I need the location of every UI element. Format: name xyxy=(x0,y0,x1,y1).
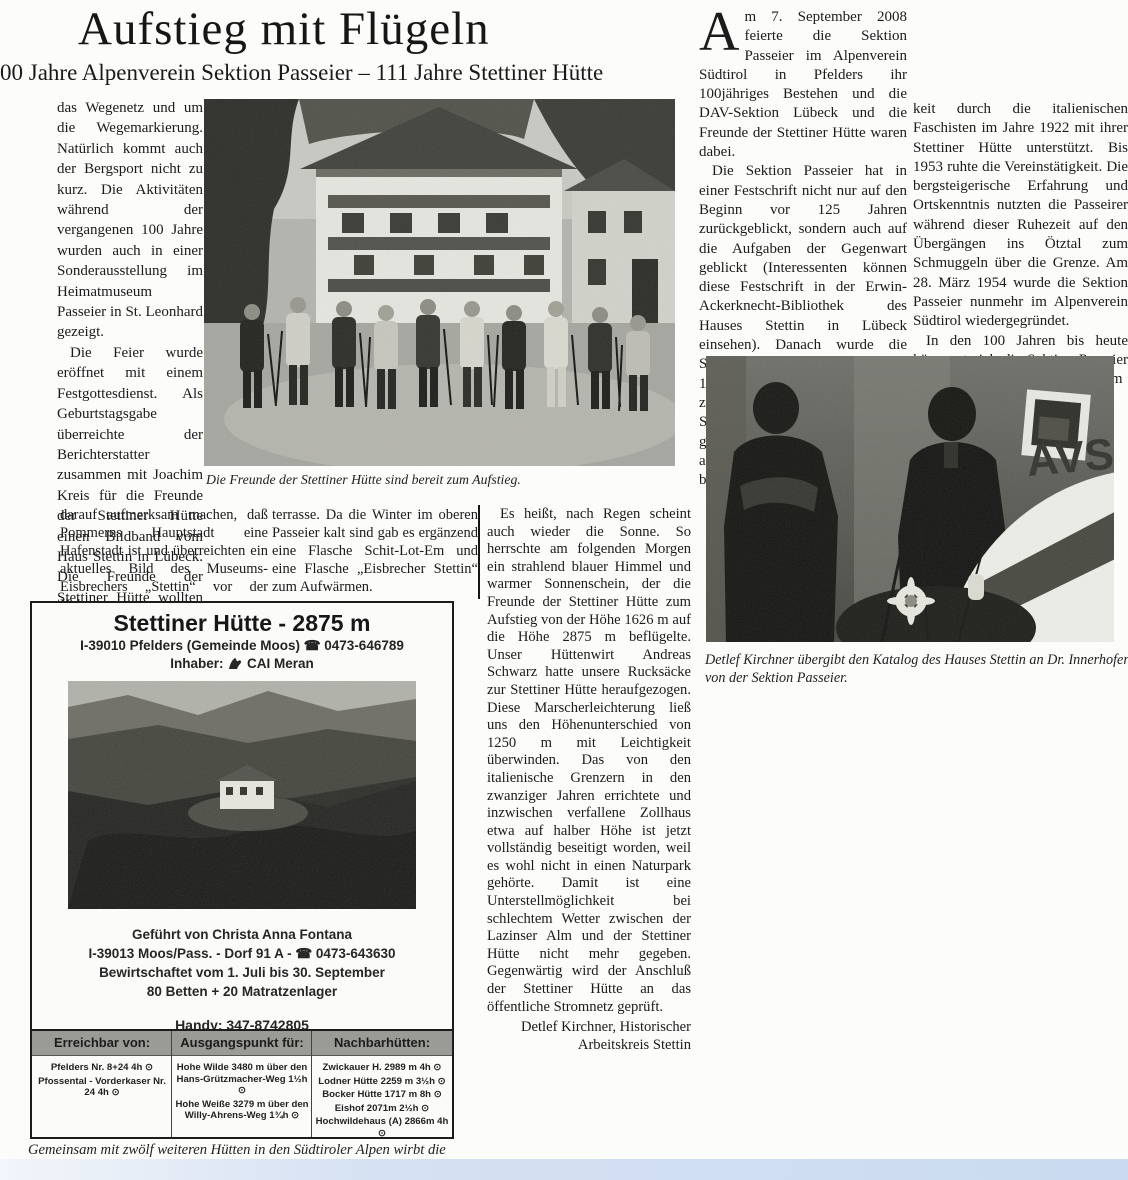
page-title: Aufstieg mit Flügeln xyxy=(78,2,490,56)
ad-info-line: Bewirtschaftet vom 1. Juli bis 30. Septe… xyxy=(32,963,452,982)
table-row: Pfossental - Vorderkaser Nr. 24 4h ⊙ xyxy=(32,1075,172,1100)
table-row: Pfelders Nr. 8+24 4h ⊙ xyxy=(32,1061,172,1075)
ad-owner-line: Inhaber: CAI Meran xyxy=(32,655,452,673)
newspaper-page: Aufstieg mit Flügeln 00 Jahre Alpenverei… xyxy=(0,0,1128,1180)
photo-caption: Detlef Kirchner übergibt den Katalog des… xyxy=(705,651,1128,687)
byline-line: Arbeitskreis Stettin xyxy=(487,1036,691,1054)
table-column-separator xyxy=(311,1031,312,1137)
table-header: Erreichbar von: xyxy=(32,1031,172,1055)
article-column-a: darauf aufmerksam machen, daß Pommerns H… xyxy=(60,506,268,614)
table-column-ausgangspunkt: Hohe Wilde 3480 m über den Hans-Grützmac… xyxy=(172,1056,312,1136)
paragraph: das Wegenetz und um die Wegemarkierung. … xyxy=(57,98,203,343)
table-row: Eishof 2071m 2½h ⊙ xyxy=(312,1102,452,1116)
ad-title: Stettiner Hütte - 2875 m xyxy=(32,610,452,637)
sub-headline: 00 Jahre Alpenverein Sektion Passeier – … xyxy=(0,60,603,86)
hut-advertisement: Stettiner Hütte - 2875 m I-39010 Pfelder… xyxy=(30,601,454,1139)
column-rule xyxy=(478,505,480,599)
ad-owner-value: CAI Meran xyxy=(247,656,314,671)
ad-info-line: 80 Betten + 20 Matratzenlager xyxy=(32,982,452,1001)
article-column-right2: keit durch die italienischen Faschisten … xyxy=(913,100,1128,389)
cai-logo-icon xyxy=(227,656,243,670)
hut-photo xyxy=(68,681,416,909)
drop-cap: A xyxy=(699,8,744,54)
table-body: Pfelders Nr. 8+24 4h ⊙ Pfossental - Vord… xyxy=(32,1056,452,1136)
paragraph: terrasse. Da die Winter im oberen Passei… xyxy=(272,506,478,596)
byline-line: Detlef Kirchner, Historischer xyxy=(487,1018,691,1036)
photo-caption: Die Freunde der Stettiner Hütte sind ber… xyxy=(206,471,536,489)
paragraph: Es heißt, nach Regen scheint auch wieder… xyxy=(487,506,691,1016)
table-column-nachbarhuetten: Zwickauer H. 2989 m 4h ⊙ Lodner Hütte 22… xyxy=(312,1056,452,1136)
table-row: Zwickauer H. 2989 m 4h ⊙ xyxy=(312,1061,452,1075)
table-row: Lodner Hütte 2259 m 3½h ⊙ xyxy=(312,1075,452,1089)
ad-info-block: Geführt von Christa Anna Fontana I-39013… xyxy=(32,925,452,1033)
author-byline: Detlef Kirchner, Historischer Arbeitskre… xyxy=(487,1018,691,1054)
table-header-row: Erreichbar von: Ausgangspunkt für: Nachb… xyxy=(32,1031,452,1056)
ad-info-line: I-39013 Moos/Pass. - Dorf 91 A - ☎ 0473-… xyxy=(32,944,452,963)
table-row: Hohe Wilde 3480 m über den Hans-Grützmac… xyxy=(172,1061,312,1098)
paragraph: keit durch die italienischen Faschisten … xyxy=(913,100,1128,332)
table-row: Hochwildehaus (A) 2866m 4h ⊙ xyxy=(312,1115,452,1140)
table-header: Nachbarhütten: xyxy=(312,1031,452,1055)
group-photo xyxy=(204,99,675,466)
handover-photo: AVS xyxy=(706,356,1114,642)
ad-address: I-39010 Pfelders (Gemeinde Moos) ☎ 0473-… xyxy=(32,637,452,655)
ad-info-line: Geführt von Christa Anna Fontana xyxy=(32,925,452,944)
table-row: Hohe Weiße 3279 m über den Willy-Ahrens-… xyxy=(172,1098,312,1123)
ad-routes-table: Erreichbar von: Ausgangspunkt für: Nachb… xyxy=(32,1029,452,1137)
article-column-b: terrasse. Da die Winter im oberen Passei… xyxy=(272,506,478,596)
paragraph: darauf aufmerksam machen, daß Pommerns H… xyxy=(60,506,268,614)
table-header: Ausgangspunkt für: xyxy=(172,1031,312,1055)
table-column-erreichbar: Pfelders Nr. 8+24 4h ⊙ Pfossental - Vord… xyxy=(32,1056,172,1136)
bottom-scan-strip xyxy=(0,1159,1128,1180)
table-row: Bocker Hütte 1717 m 8h ⊙ xyxy=(312,1088,452,1102)
table-column-separator xyxy=(171,1031,172,1137)
article-column-c: Es heißt, nach Regen scheint auch wieder… xyxy=(487,506,691,1054)
ad-owner-label: Inhaber: xyxy=(170,656,223,671)
